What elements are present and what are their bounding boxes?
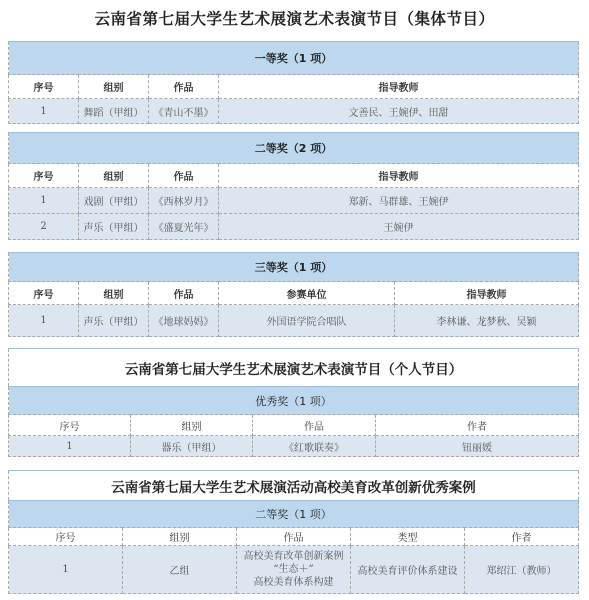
cell-teacher: 文善民、王婉伊、田甜 [219,99,579,124]
header-type: 类型 [351,528,465,546]
cell-work: 高校美育改革创新案例 “生态＋” 高校美育体系构建 [237,546,351,594]
header-author: 作者 [376,415,579,436]
header-teacher: 指导教师 [395,282,579,305]
cell-author: 郑绍江（教师） [465,546,579,594]
cell-index: 1 [9,99,79,124]
cell-index: 1 [9,546,123,594]
header-group: 组别 [79,164,149,188]
header-group: 组别 [79,75,149,99]
header-work: 作品 [149,164,219,188]
cell-unit: 外国语学院合唱队 [219,305,395,337]
cell-group: 戏剧（甲组） [79,188,149,214]
education-reform-table: 云南省第七届大学生艺术展演活动高校美育改革创新优秀案例 二等奖（1 项） 序号 … [8,470,579,594]
header-index: 序号 [9,164,79,188]
table-row: 1 乙组 高校美育改革创新案例 “生态＋” 高校美育体系构建 高校美育评价体系建… [9,546,579,594]
header-index: 序号 [9,282,79,305]
cell-teacher: 郑新、马群雄、王婉伊 [219,188,579,214]
cell-index: 1 [9,436,131,457]
page-title: 云南省第七届大学生艺术展演艺术表演节目（集体节目） [0,6,589,32]
cell-teacher: 王婉伊 [219,214,579,240]
cell-index: 2 [9,214,79,240]
table-row: 1 器乐（甲组） 《红歌联奏》 钮丽媛 [9,436,579,457]
table-row: 2 声乐（甲组） 《盛夏光年》 王婉伊 [9,214,579,240]
cell-work: 《西林岁月》 [149,188,219,214]
cell-type: 高校美育评价体系建设 [351,546,465,594]
header-teacher: 指导教师 [219,75,579,99]
cell-author: 钮丽媛 [376,436,579,457]
third-prize-table: 三等奖（1 项） 序号 组别 作品 参赛单位 指导教师 1 声乐（甲组） 《地球… [8,252,579,337]
prize-band: 二等奖（1 项） [9,501,579,528]
cell-index: 1 [9,305,79,337]
section-title: 云南省第七届大学生艺术展演活动高校美育改革创新优秀案例 [9,471,579,501]
header-group: 组别 [79,282,149,305]
cell-group: 乙组 [123,546,237,594]
header-work: 作品 [149,75,219,99]
header-index: 序号 [9,415,131,436]
header-author: 作者 [465,528,579,546]
second-prize-table: 二等奖（2 项） 序号 组别 作品 指导教师 1 戏剧（甲组） 《西林岁月》 郑… [8,132,579,240]
cell-work: 《盛夏光年》 [149,214,219,240]
header-work: 作品 [149,282,219,305]
table-row: 1 舞蹈（甲组） 《青山不墨》 文善民、王婉伊、田甜 [9,99,579,124]
header-work: 作品 [237,528,351,546]
cell-group: 声乐（甲组） [79,305,149,337]
work-line-1: 高校美育改革创新案例 [237,550,350,563]
work-line-3: 高校美育体系构建 [237,576,350,589]
header-index: 序号 [9,528,123,546]
prize-band: 一等奖（1 项） [9,42,579,75]
cell-work: 《青山不墨》 [149,99,219,124]
first-prize-table: 一等奖（1 项） 序号 组别 作品 指导教师 1 舞蹈（甲组） 《青山不墨》 文… [8,41,579,124]
table-row: 1 声乐（甲组） 《地球妈妈》 外国语学院合唱队 李林谦、龙梦秋、吴颖 [9,305,579,337]
cell-work: 《地球妈妈》 [149,305,219,337]
header-work: 作品 [253,415,376,436]
header-group: 组别 [123,528,237,546]
individual-program-table: 云南省第七届大学生艺术展演艺术表演节目（个人节目） 优秀奖（1 项） 序号 组别… [8,348,579,457]
cell-teacher: 李林谦、龙梦秋、吴颖 [395,305,579,337]
header-index: 序号 [9,75,79,99]
cell-work: 《红歌联奏》 [253,436,376,457]
section-title: 云南省第七届大学生艺术展演艺术表演节目（个人节目） [9,349,579,387]
cell-group: 舞蹈（甲组） [79,99,149,124]
work-line-2: “生态＋” [237,563,350,576]
prize-band: 三等奖（1 项） [9,253,579,282]
cell-index: 1 [9,188,79,214]
prize-band: 二等奖（2 项） [9,133,579,164]
header-group: 组别 [131,415,253,436]
header-teacher: 指导教师 [219,164,579,188]
header-unit: 参赛单位 [219,282,395,305]
prize-band: 优秀奖（1 项） [9,387,579,415]
cell-group: 器乐（甲组） [131,436,253,457]
table-row: 1 戏剧（甲组） 《西林岁月》 郑新、马群雄、王婉伊 [9,188,579,214]
cell-group: 声乐（甲组） [79,214,149,240]
